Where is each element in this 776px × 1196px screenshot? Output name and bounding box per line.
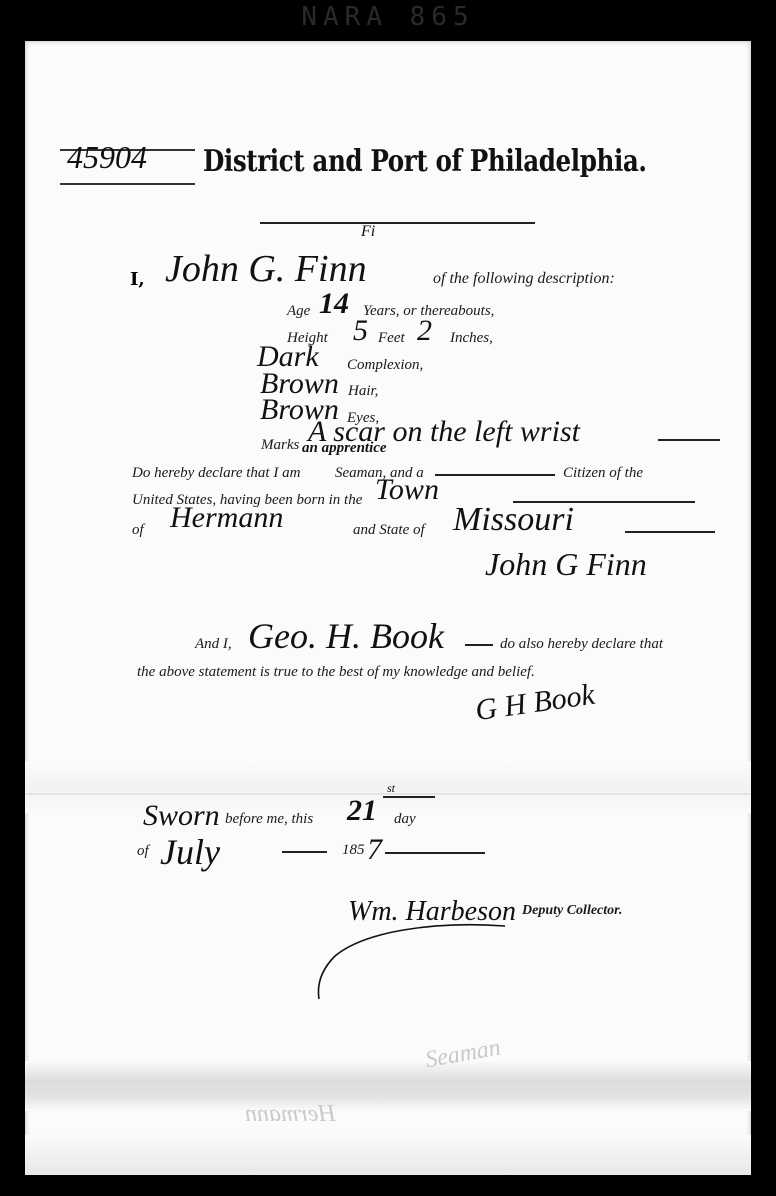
- complexion-label: Complexion,: [347, 357, 423, 374]
- month-value: July: [160, 831, 220, 873]
- citizenship-line: [435, 474, 555, 476]
- bleedthrough-text: Hermann: [245, 1101, 336, 1128]
- witness-declare-text: do also hereby declare that: [500, 636, 663, 653]
- declare-text: Do hereby declare that I am: [132, 465, 300, 482]
- state-line: [625, 531, 715, 533]
- paper-edge-shadow: [25, 1135, 751, 1175]
- day-suffix: st: [387, 781, 395, 796]
- paper-fold-shadow: [25, 1061, 751, 1111]
- declarant-name: John G. Finn: [165, 247, 367, 291]
- hair-label: Hair,: [348, 383, 378, 400]
- before-text: before me, this: [225, 811, 313, 828]
- sworn-value: Sworn: [143, 799, 220, 833]
- page-title: District and Port of Philadelphia.: [203, 144, 647, 179]
- witness-signature: G H Book: [473, 678, 597, 728]
- witness-name: Geo. H. Book: [248, 615, 444, 657]
- status-insert: an apprentice: [302, 440, 387, 457]
- inches-label: Inches,: [450, 330, 493, 347]
- name-correction: Fi: [361, 223, 375, 241]
- year-printed: 185: [342, 842, 365, 859]
- birthplace-type: Town: [375, 473, 439, 507]
- witness-intro: And I,: [195, 636, 232, 653]
- year-line: [385, 852, 485, 854]
- witness-statement: the above statement is true to the best …: [137, 664, 535, 681]
- pronoun-label: I,: [130, 269, 145, 290]
- marks-line: [658, 439, 720, 441]
- town-value: Hermann: [170, 501, 283, 535]
- state-value: Missouri: [453, 501, 574, 539]
- witness-line: [465, 644, 493, 646]
- citizen-text: Citizen of the: [563, 465, 643, 482]
- age-label: Age: [287, 303, 310, 320]
- year-handwritten: 7: [367, 833, 382, 867]
- description-label: of the following description:: [433, 270, 615, 288]
- archive-stamp: NARA 865: [0, 2, 776, 32]
- height-inches-value: 2: [417, 314, 432, 348]
- marks-label: Marks: [261, 437, 299, 454]
- document-page: 45904 District and Port of Philadelphia.…: [25, 41, 751, 1175]
- number-box-bottom-line: [60, 183, 195, 185]
- month-line: [282, 851, 327, 853]
- collector-title: Deputy Collector.: [522, 903, 622, 919]
- of-label: of: [132, 522, 144, 539]
- declarant-signature: John G Finn: [485, 546, 647, 583]
- day-label: day: [394, 811, 416, 828]
- document-number: 45904: [67, 139, 147, 176]
- oath-of-label: of: [137, 843, 149, 860]
- feet-label: Feet: [378, 330, 405, 347]
- age-value: 14: [319, 287, 349, 321]
- height-feet-value: 5: [353, 314, 368, 348]
- day-suffix-line: [383, 796, 435, 798]
- day-value: 21: [347, 794, 377, 828]
- state-label: and State of: [353, 522, 425, 539]
- signature-flourish: [305, 921, 535, 1001]
- title-divider: [260, 222, 535, 224]
